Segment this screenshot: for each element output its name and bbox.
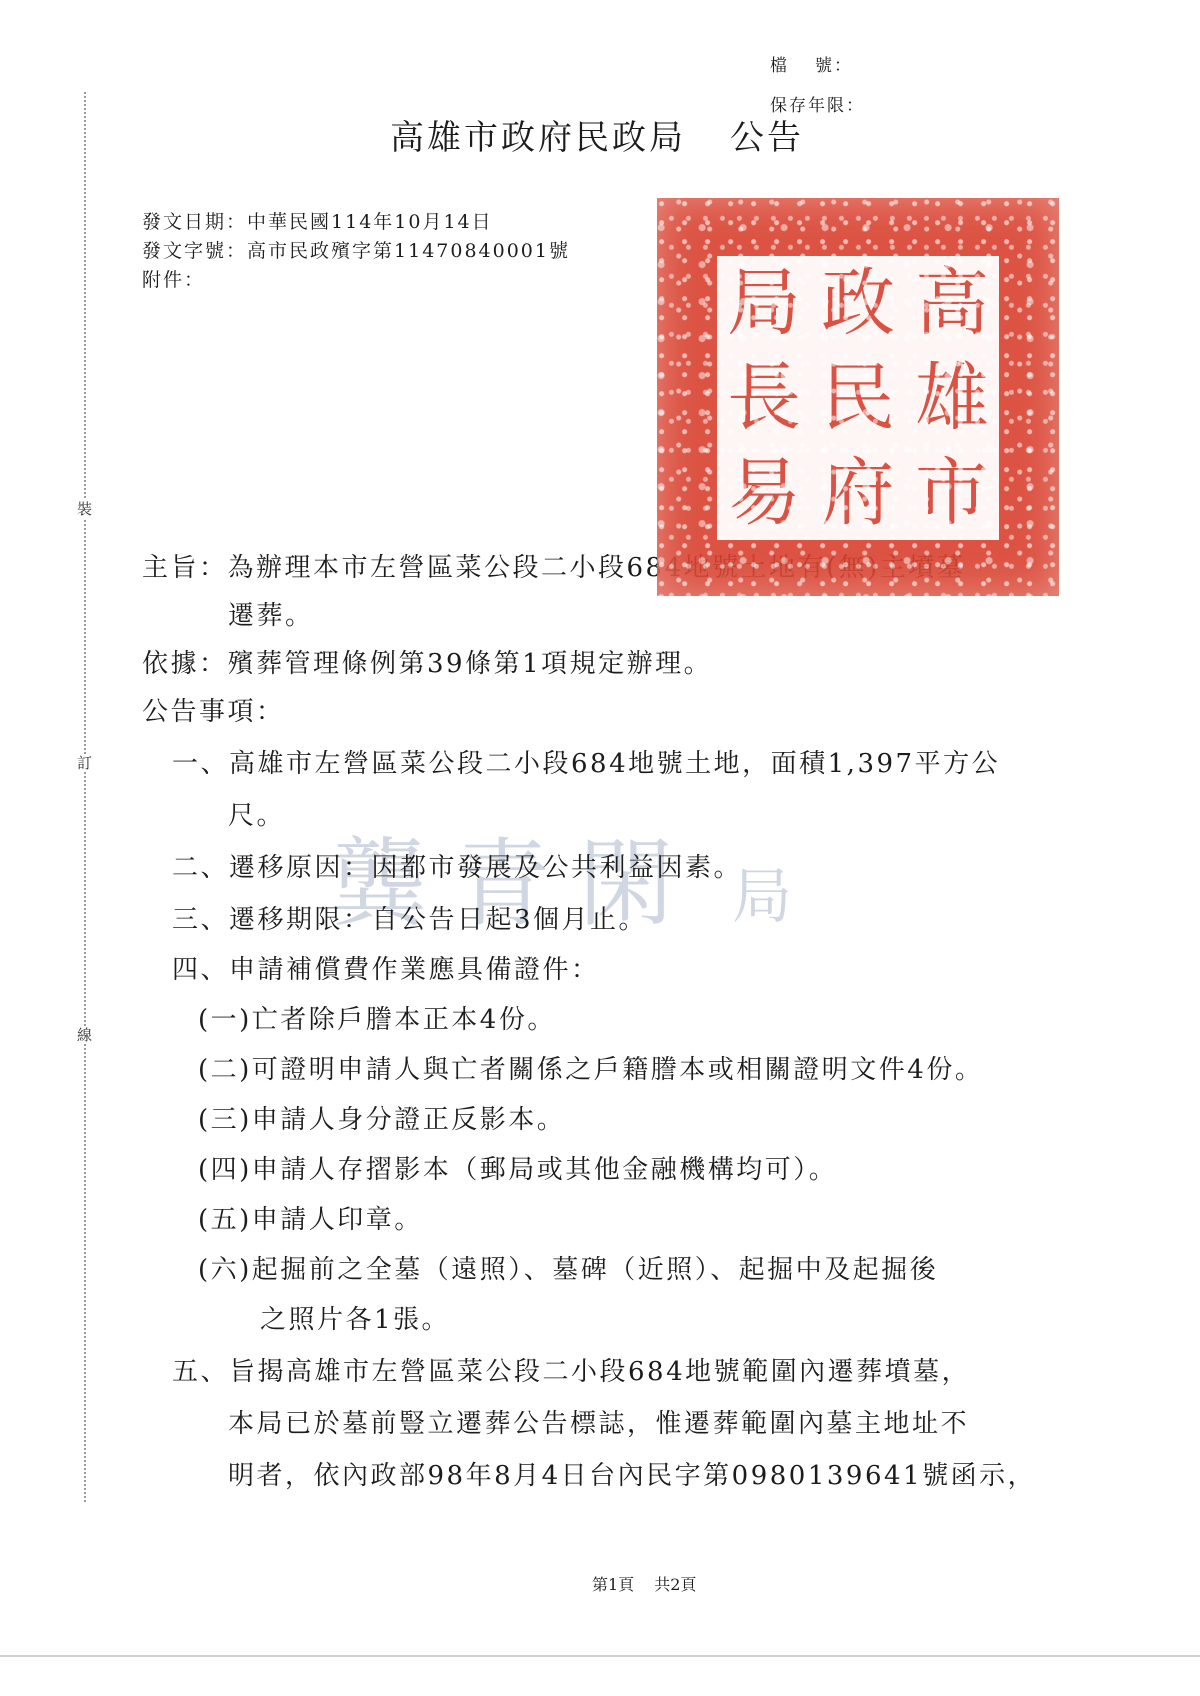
subitem-3: (三)申請人身分證正反影本。 [198, 1100, 565, 1140]
item-3-line-1: 三、遷移期限：自公告日起3個月止。 [172, 900, 647, 940]
item-3-text-1: 遷移期限：自公告日起3個月止。 [229, 905, 647, 935]
basis-label: 依據： [142, 649, 228, 679]
subitem-6-marker: (六) [198, 1255, 252, 1285]
page-edge-divider [0, 1655, 1200, 1657]
archive-number-label-b: 號： [815, 56, 853, 76]
seal-glyph: 雄 [905, 351, 999, 446]
subitem-2: (二)可證明申請人與亡者關係之戶籍謄本或相關證明文件4份。 [198, 1050, 983, 1090]
binding-mark-xian: 線 [77, 1026, 92, 1044]
seal-inner-field: 局 政 高 長 民 雄 易 府 市 [717, 256, 999, 540]
subitem-6-line-2: 之照片各1張。 [260, 1300, 450, 1340]
seal-glyph: 民 [811, 351, 905, 446]
binding-dotted-line [84, 92, 86, 1502]
item-4-marker: 四、 [172, 955, 229, 985]
subitem-4: (四)申請人存摺影本（郵局或其他金融機構均可）。 [198, 1150, 837, 1190]
subitem-4-marker: (四) [198, 1155, 252, 1185]
archive-number-row: 檔號： [770, 46, 865, 86]
attachment-label: 附件： [142, 269, 205, 291]
item-4-line-1: 四、申請補償費作業應具備證件： [172, 950, 600, 990]
item-1-marker: 一、 [172, 749, 229, 779]
subitem-2-marker: (二) [198, 1055, 252, 1085]
seal-glyph: 長 [717, 351, 811, 446]
item-1-line-2: 尺。 [228, 796, 285, 836]
signature-stamp-suffix: 局 [732, 862, 820, 932]
page-total: 共2頁 [654, 1575, 696, 1594]
seal-glyph: 市 [905, 445, 999, 540]
page-number: 第1頁共2頁 [592, 1572, 696, 1595]
subitem-2-text: 可證明申請人與亡者關係之戶籍謄本或相關證明文件4份。 [252, 1055, 984, 1085]
page-title: 高雄市政府民政局公告 [390, 110, 804, 159]
item-3-marker: 三、 [172, 905, 229, 935]
subitem-5-text: 申請人印章。 [252, 1205, 423, 1235]
seal-glyph: 政 [811, 256, 905, 351]
binding-mark-zhuang: 裝 [77, 500, 92, 518]
item-2-marker: 二、 [172, 853, 229, 883]
seal-glyph: 易 [717, 445, 811, 540]
subitem-6-text-1: 起掘前之全墓（遠照）、墓碑（近照）、起掘中及起掘後 [252, 1255, 939, 1285]
subject-text-2: 遷葬。 [228, 601, 314, 631]
item-5-line-2: 本局已於墓前豎立遷葬公告標誌，惟遷葬範圍內墓主地址不 [228, 1404, 969, 1444]
seal-glyph: 局 [717, 256, 811, 351]
archive-number-label-a: 檔 [770, 56, 815, 76]
binding-mark-ding: 訂 [77, 754, 92, 772]
page-current: 第1頁 [592, 1575, 634, 1594]
seal-glyph: 府 [811, 445, 905, 540]
subitem-1: (一)亡者除戶謄本正本4份。 [198, 1000, 556, 1040]
subject-label: 主旨： [142, 553, 228, 583]
notice-heading: 公告事項： [142, 692, 285, 732]
item-1-text-1: 高雄市左營區菜公段二小段684地號土地，面積1,397平方公 [229, 749, 1000, 779]
issue-number-row: 發文字號：高市民政殯字第11470840001號 [142, 237, 570, 266]
item-2-line-1: 二、遷移原因：因都市發展及公共利益因素。 [172, 848, 742, 888]
subitem-1-marker: (一) [198, 1005, 252, 1035]
subitem-6-line-1: (六)起掘前之全墓（遠照）、墓碑（近照）、起掘中及起掘後 [198, 1250, 938, 1290]
issue-number-label: 發文字號： [142, 240, 247, 262]
attachment-row: 附件： [142, 266, 570, 295]
official-seal: 局 政 高 長 民 雄 易 府 市 [657, 198, 1059, 596]
agency-name: 高雄市政府民政局 [390, 118, 686, 158]
item-1-line-1: 一、高雄市左營區菜公段二小段684地號土地，面積1,397平方公 [172, 744, 1000, 784]
issue-date-label: 發文日期： [142, 211, 247, 233]
issue-number-value: 高市民政殯字第11470840001號 [247, 240, 570, 262]
subitem-5-marker: (五) [198, 1205, 252, 1235]
document-page: 裝 訂 線 檔號： 保存年限： 高雄市政府民政局公告 發文日期：中華民國114年… [0, 0, 1200, 1650]
subitem-3-text: 申請人身分證正反影本。 [252, 1105, 566, 1135]
subject-line-2: 遷葬。 [228, 596, 314, 636]
item-5-line-3: 明者，依內政部98年8月4日台內民字第0980139641號函示， [228, 1456, 1036, 1496]
doc-type: 公告 [730, 118, 804, 158]
seal-glyph: 高 [905, 256, 999, 351]
item-5-text-1: 旨揭高雄市左營區菜公段二小段684地號範圍內遷葬墳墓， [229, 1357, 970, 1387]
basis-text: 殯葬管理條例第39條第1項規定辦理。 [228, 649, 713, 679]
item-5-marker: 五、 [172, 1357, 229, 1387]
subitem-3-marker: (三) [198, 1105, 252, 1135]
item-2-text-1: 遷移原因：因都市發展及公共利益因素。 [229, 853, 742, 883]
item-5-line-1: 五、旨揭高雄市左營區菜公段二小段684地號範圍內遷葬墳墓， [172, 1352, 970, 1392]
issue-info: 發文日期：中華民國114年10月14日 發文字號：高市民政殯字第11470840… [142, 208, 570, 295]
basis-line: 依據：殯葬管理條例第39條第1項規定辦理。 [142, 644, 712, 684]
item-4-text-1: 申請補償費作業應具備證件： [229, 955, 600, 985]
subitem-5: (五)申請人印章。 [198, 1200, 423, 1240]
issue-date-row: 發文日期：中華民國114年10月14日 [142, 208, 570, 237]
subitem-1-text: 亡者除戶謄本正本4份。 [252, 1005, 556, 1035]
subitem-4-text: 申請人存摺影本（郵局或其他金融機構均可）。 [252, 1155, 838, 1185]
issue-date-value: 中華民國114年10月14日 [247, 211, 493, 233]
